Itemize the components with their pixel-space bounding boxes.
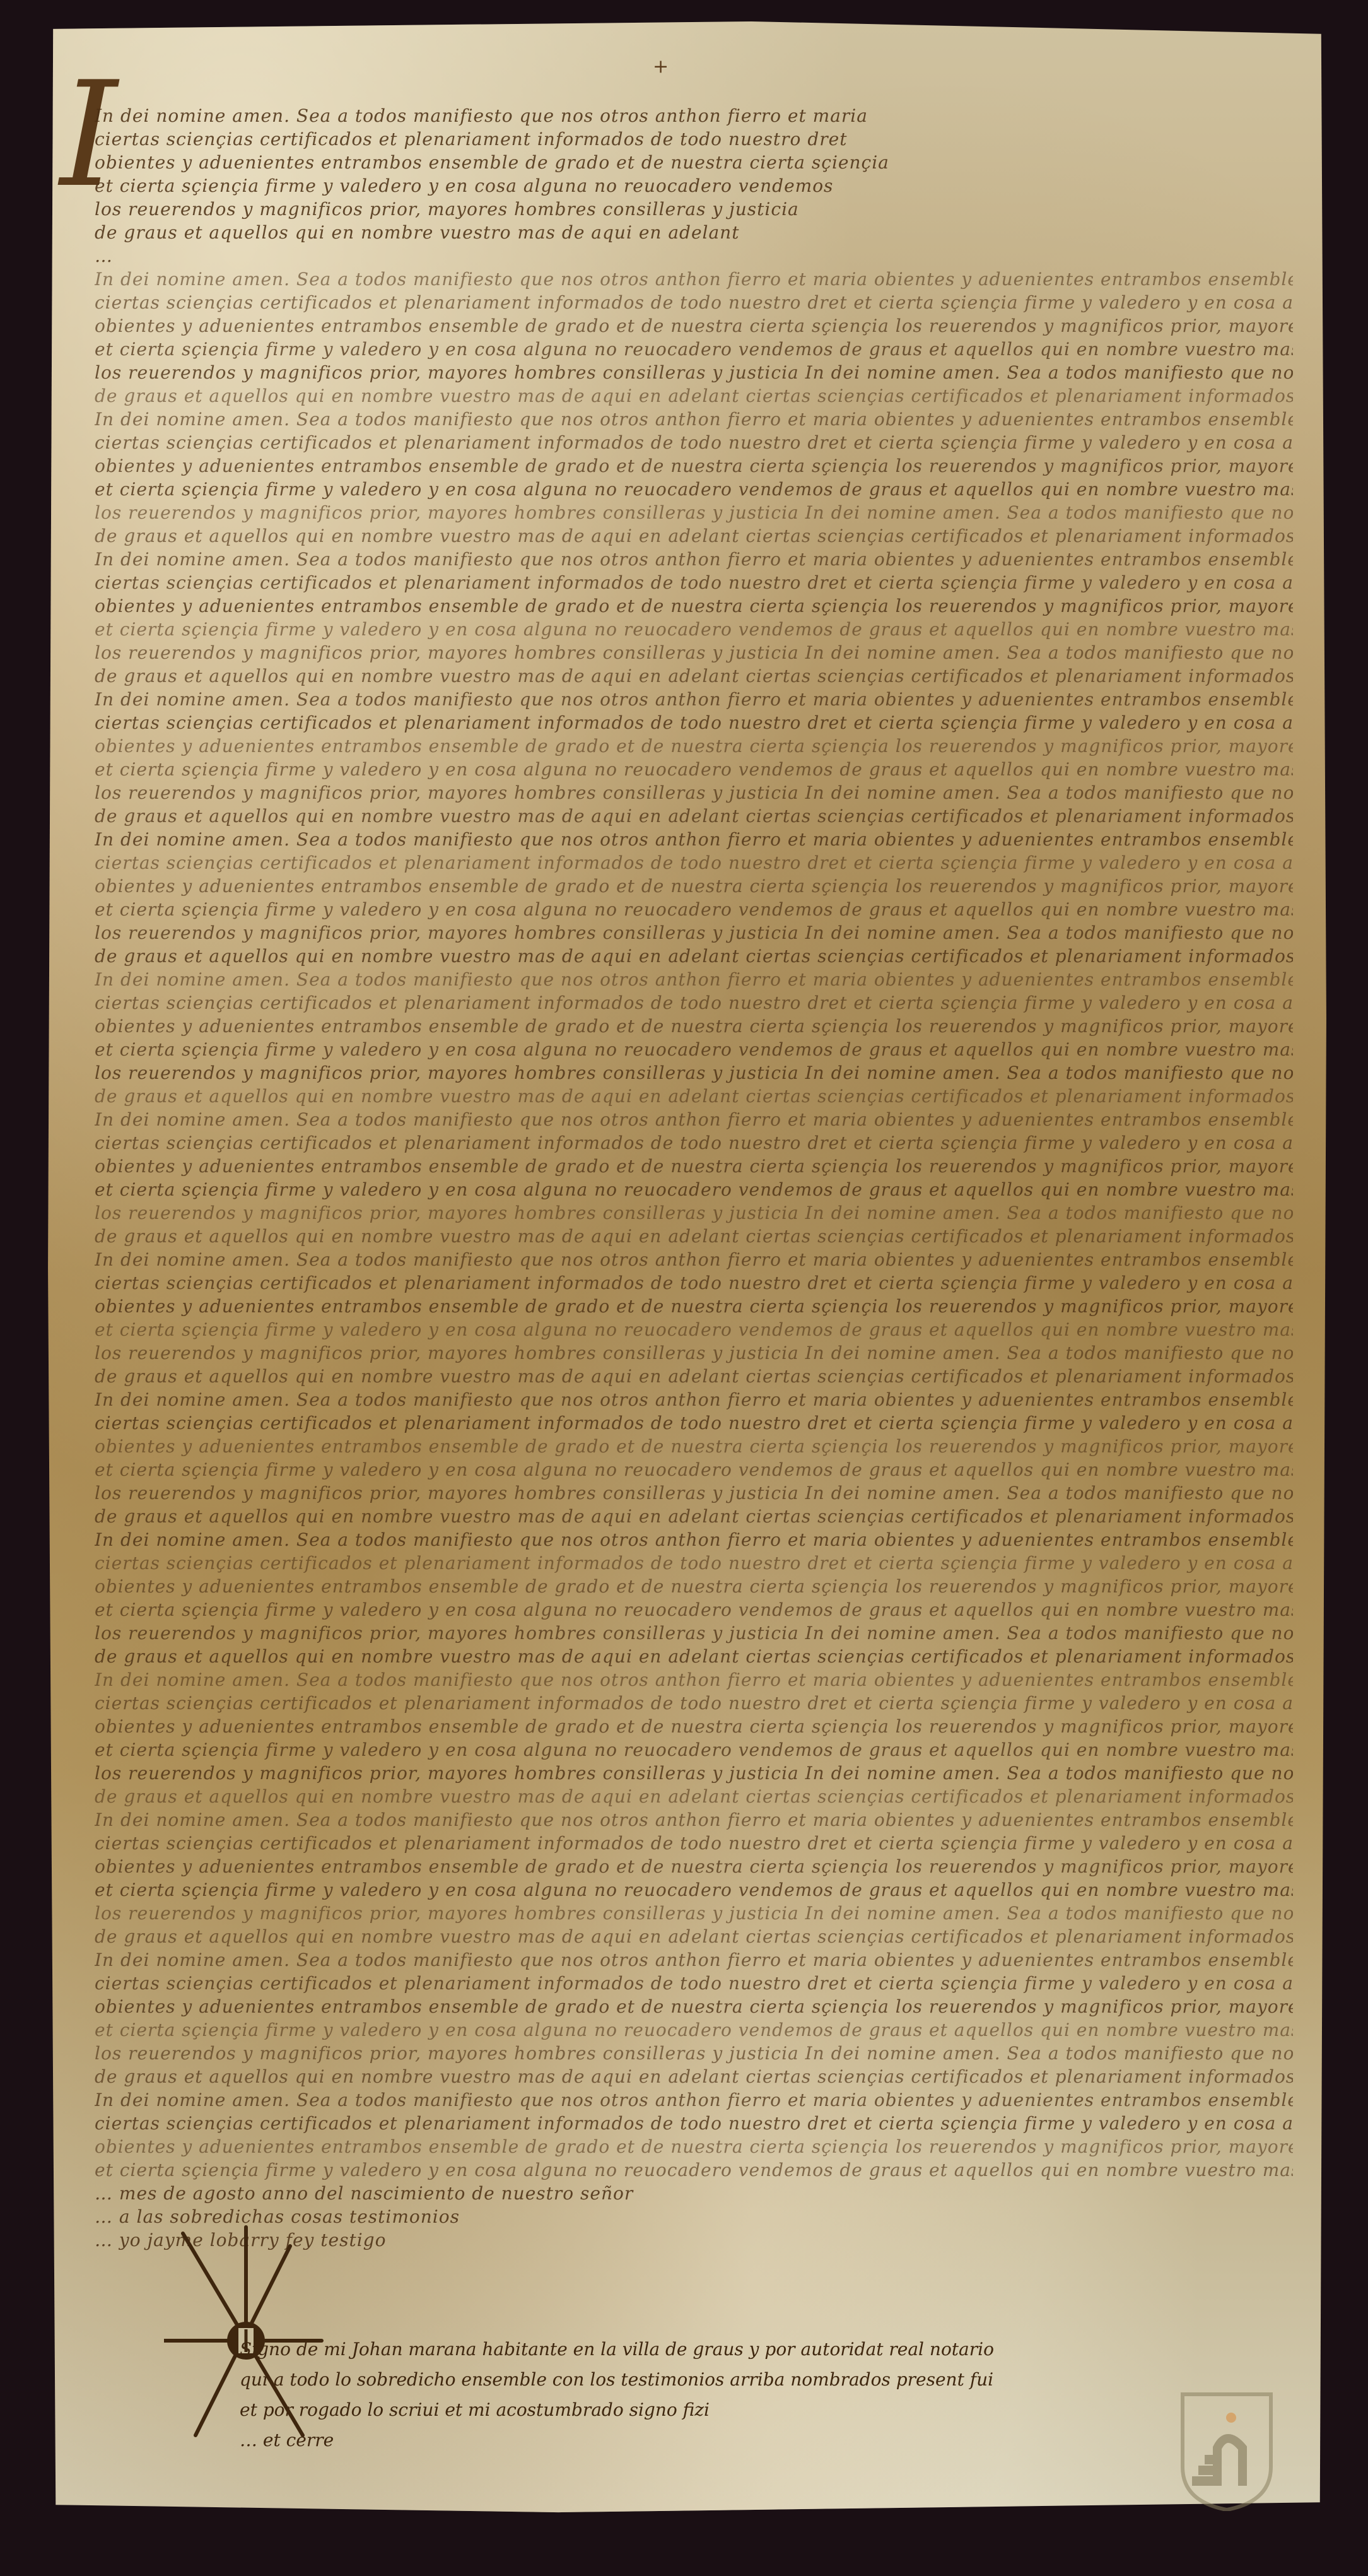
text-line: ciertas sciençias certificados et plenar… xyxy=(95,2112,1293,2135)
notary-subscription: Signo de mi Johan marana habitante en la… xyxy=(240,2334,1312,2455)
text-line: et cierta sçiençia firme y valedero y en… xyxy=(95,1178,1293,1201)
text-line: ciertas sciençias certificados et plenar… xyxy=(95,1691,1293,1715)
text-line: de graus et aquellos qui en nombre vuest… xyxy=(95,384,1293,408)
text-line: ciertas sciençias certificados et plenar… xyxy=(95,851,1293,874)
text-line: de graus et aquellos qui en nombre vuest… xyxy=(95,1225,1293,1248)
text-line: de graus et aquellos qui en nombre vuest… xyxy=(95,1365,1293,1388)
text-line: de graus et aquellos qui en nombre vuest… xyxy=(95,804,1293,828)
text-line: de graus et aquellos qui en nombre vuest… xyxy=(95,1925,1293,1948)
text-line: obientes y aduenientes entrambos ensembl… xyxy=(95,1435,1293,1458)
text-line: et cierta sçiençia firme y valedero y en… xyxy=(95,478,1293,501)
text-line: In dei nomine amen. Sea a todos manifies… xyxy=(95,1388,1293,1411)
text-line: los reuerendos y magnificos prior, mayor… xyxy=(95,641,1293,664)
text-line: et cierta sçiençia firme y valedero y en… xyxy=(95,898,1293,921)
manuscript-continuation: In dei nomine amen. Sea a todos manifies… xyxy=(95,268,1293,2182)
text-line: de graus et aquellos qui en nombre vuest… xyxy=(95,1785,1293,1808)
text-line: obientes y aduenientes entrambos ensembl… xyxy=(95,454,1293,478)
text-line: ciertas sciençias certificados et plenar… xyxy=(95,431,1293,454)
text-line: de graus et aquellos qui en nombre vuest… xyxy=(95,524,1293,548)
text-line: ciertas sciençias certificados et plenar… xyxy=(95,1972,1293,1995)
text-line: In dei nomine amen. Sea a todos manifies… xyxy=(95,1808,1293,1832)
text-line: obientes y aduenientes entrambos ensembl… xyxy=(95,1575,1293,1598)
text-line: los reuerendos y magnificos prior, mayor… xyxy=(95,921,1293,944)
text-line: ciertas sciençias certificados et plenar… xyxy=(95,127,1293,151)
text-line: los reuerendos y magnificos prior, mayor… xyxy=(95,361,1293,384)
text-line: los reuerendos y magnificos prior, mayor… xyxy=(95,1061,1293,1085)
text-line: de graus et aquellos qui en nombre vuest… xyxy=(95,221,1293,244)
text-line: de graus et aquellos qui en nombre vuest… xyxy=(95,1645,1293,1668)
text-line: de graus et aquellos qui en nombre vuest… xyxy=(95,1505,1293,1528)
text-line: ciertas sciençias certificados et plenar… xyxy=(95,1271,1293,1295)
text-line: … xyxy=(95,244,1293,268)
text-line: los reuerendos y magnificos prior, mayor… xyxy=(95,1341,1293,1365)
text-line: obientes y aduenientes entrambos ensembl… xyxy=(95,1715,1293,1738)
text-line: obientes y aduenientes entrambos ensembl… xyxy=(95,594,1293,618)
text-line: et cierta sçiençia firme y valedero y en… xyxy=(95,618,1293,641)
text-line: los reuerendos y magnificos prior, mayor… xyxy=(95,1761,1293,1785)
text-line: In dei nomine amen. Sea a todos manifies… xyxy=(95,2088,1293,2112)
text-line: In dei nomine amen. Sea a todos manifies… xyxy=(95,1248,1293,1271)
text-line: et cierta sçiençia firme y valedero y en… xyxy=(95,1598,1293,1621)
text-line: de graus et aquellos qui en nombre vuest… xyxy=(95,2065,1293,2088)
text-line: de graus et aquellos qui en nombre vuest… xyxy=(95,944,1293,968)
text-line: los reuerendos y magnificos prior, mayor… xyxy=(95,501,1293,524)
text-line: In dei nomine amen. Sea a todos manifies… xyxy=(95,1108,1293,1131)
text-line: ciertas sciençias certificados et plenar… xyxy=(95,1832,1293,1855)
text-line: los reuerendos y magnificos prior, mayor… xyxy=(95,197,1293,221)
text-line: los reuerendos y magnificos prior, mayor… xyxy=(95,1481,1293,1505)
text-line: obientes y aduenientes entrambos ensembl… xyxy=(95,734,1293,758)
text-line: ciertas sciençias certificados et plenar… xyxy=(95,1411,1293,1435)
text-line: los reuerendos y magnificos prior, mayor… xyxy=(95,1902,1293,1925)
text-line: In dei nomine amen. Sea a todos manifies… xyxy=(95,408,1293,431)
text-line: obientes y aduenientes entrambos ensembl… xyxy=(95,1015,1293,1038)
text-line: de graus et aquellos qui en nombre vuest… xyxy=(95,664,1293,688)
text-line: et cierta sçiençia firme y valedero y en… xyxy=(95,2158,1293,2182)
text-line: obientes y aduenientes entrambos ensembl… xyxy=(95,874,1293,898)
text-line: ciertas sciençias certificados et plenar… xyxy=(95,711,1293,734)
text-line: obientes y aduenientes entrambos ensembl… xyxy=(95,1155,1293,1178)
text-line: obientes y aduenientes entrambos ensembl… xyxy=(95,1295,1293,1318)
text-line: de graus et aquellos qui en nombre vuest… xyxy=(95,1085,1293,1108)
text-line: ciertas sciençias certificados et plenar… xyxy=(95,1131,1293,1155)
archive-logo-icon xyxy=(1179,2391,1274,2511)
text-line: et cierta sçiençia firme y valedero y en… xyxy=(95,338,1293,361)
text-line: obientes y aduenientes entrambos ensembl… xyxy=(95,1855,1293,1878)
text-line: los reuerendos y magnificos prior, mayor… xyxy=(95,2042,1293,2065)
text-line: et cierta sçiençia firme y valedero y en… xyxy=(95,2018,1293,2042)
text-line: … et cerre xyxy=(240,2425,1312,2455)
text-line: qui a todo lo sobredicho ensemble con lo… xyxy=(240,2365,1312,2395)
text-line: los reuerendos y magnificos prior, mayor… xyxy=(95,781,1293,804)
text-line: In dei nomine amen. Sea a todos manifies… xyxy=(95,828,1293,851)
cross-mark: + xyxy=(653,56,669,78)
text-line: et cierta sçiençia firme y valedero y en… xyxy=(95,1458,1293,1481)
text-line: obientes y aduenientes entrambos ensembl… xyxy=(95,2135,1293,2158)
text-line: et por rogado lo scriui et mi acostumbra… xyxy=(240,2395,1312,2425)
text-line: et cierta sçiençia firme y valedero y en… xyxy=(95,1318,1293,1341)
text-line: ciertas sciençias certificados et plenar… xyxy=(95,991,1293,1015)
text-line: obientes y aduenientes entrambos ensembl… xyxy=(95,151,1293,174)
text-line: In dei nomine amen. Sea a todos manifies… xyxy=(95,1948,1293,1972)
text-line: los reuerendos y magnificos prior, mayor… xyxy=(95,1201,1293,1225)
text-line: et cierta sçiençia firme y valedero y en… xyxy=(95,758,1293,781)
text-line: … mes de agosto anno del nascimiento de … xyxy=(95,2182,1293,2205)
text-line: ciertas sciençias certificados et plenar… xyxy=(95,291,1293,314)
text-line: In dei nomine amen. Sea a todos manifies… xyxy=(95,968,1293,991)
text-line: In dei nomine amen. Sea a todos manifies… xyxy=(95,1668,1293,1691)
text-line: In dei nomine amen. Sea a todos manifies… xyxy=(95,104,1293,127)
manuscript-body: In dei nomine amen. Sea a todos manifies… xyxy=(95,104,1293,2252)
text-line: et cierta sçiençia firme y valedero y en… xyxy=(95,1038,1293,1061)
text-line: Signo de mi Johan marana habitante en la… xyxy=(240,2334,1312,2365)
text-line: obientes y aduenientes entrambos ensembl… xyxy=(95,1995,1293,2018)
text-line: In dei nomine amen. Sea a todos manifies… xyxy=(95,688,1293,711)
text-line: et cierta sçiençia firme y valedero y en… xyxy=(95,1738,1293,1761)
text-line: obientes y aduenientes entrambos ensembl… xyxy=(95,314,1293,338)
text-line: In dei nomine amen. Sea a todos manifies… xyxy=(95,1528,1293,1551)
text-line: In dei nomine amen. Sea a todos manifies… xyxy=(95,548,1293,571)
text-line: In dei nomine amen. Sea a todos manifies… xyxy=(95,268,1293,291)
text-line: et cierta sçiençia firme y valedero y en… xyxy=(95,174,1293,197)
text-line: los reuerendos y magnificos prior, mayor… xyxy=(95,1621,1293,1645)
text-line: et cierta sçiençia firme y valedero y en… xyxy=(95,1878,1293,1902)
text-line: ciertas sciençias certificados et plenar… xyxy=(95,571,1293,594)
text-line: ciertas sciençias certificados et plenar… xyxy=(95,1551,1293,1575)
